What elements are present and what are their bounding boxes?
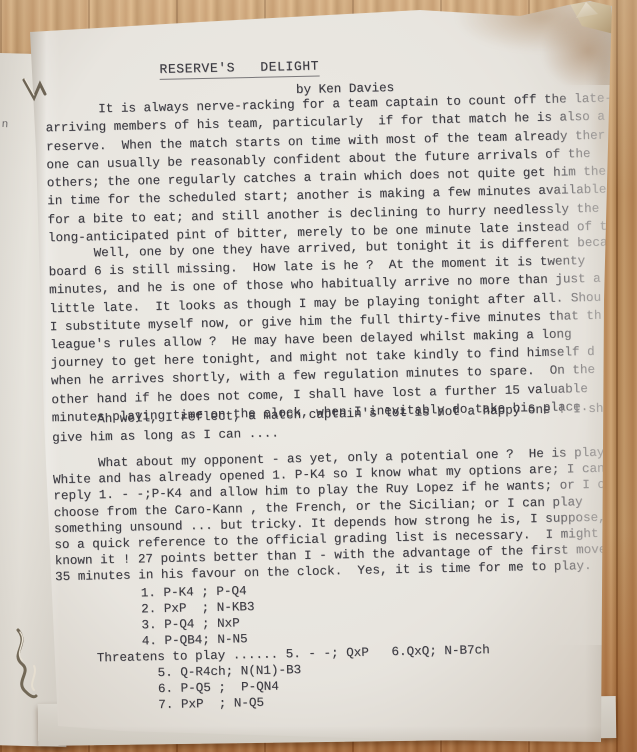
staple-icon: [18, 76, 56, 108]
staple-icon: [4, 626, 56, 702]
page-title: RESERVE'S DELIGHT: [159, 59, 319, 80]
chess-moves-block: 1. P-K4 ; P-Q4 2. PxP ; N-KB3 3. P-Q4 ; …: [95, 578, 491, 714]
paragraph-1: It is always nerve-racking for a team ca…: [45, 89, 615, 247]
paragraph-2: Well, one by one they have arrived, but …: [48, 234, 611, 428]
corner-stain: [515, 0, 543, 12]
photo-of-typed-page: n RESERVE'S DELIGHT by Ken Davies It is …: [0, 0, 637, 752]
typed-text-layer: RESERVE'S DELIGHT by Ken Davies It is al…: [0, 0, 637, 752]
paragraph-4: What about my opponent - as yet, only a …: [53, 444, 622, 585]
page-sheet: RESERVE'S DELIGHT by Ken Davies It is al…: [0, 0, 637, 752]
underpage-text-fragment: n: [1, 119, 8, 131]
